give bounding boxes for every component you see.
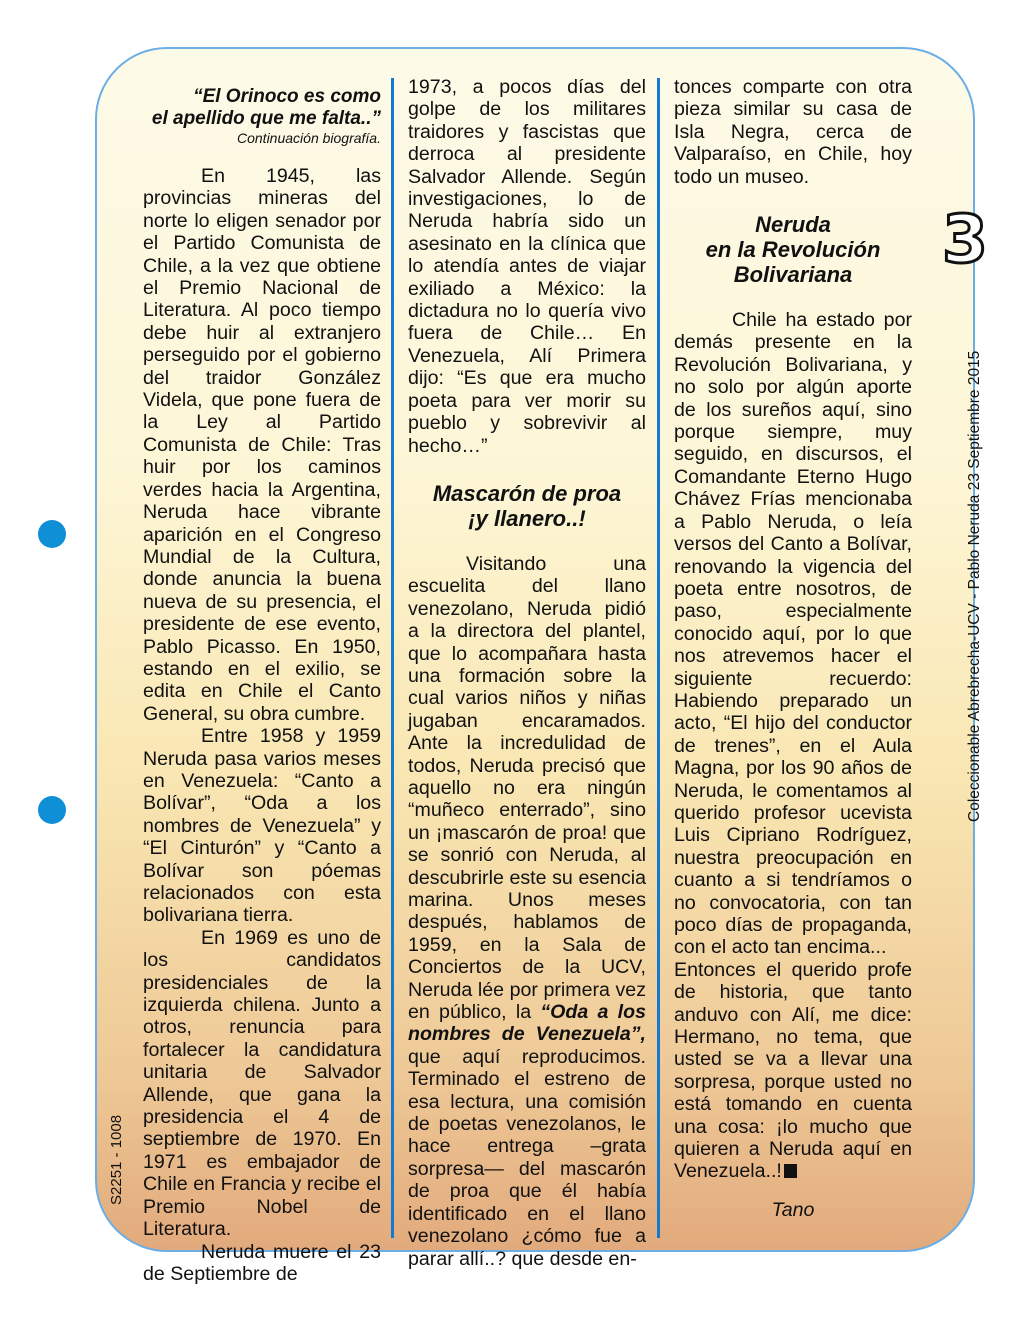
paragraph-text: Entonces el querido profe de historia, q… [674, 959, 912, 1183]
author-signature: Tano [674, 1199, 912, 1221]
quote-title-line: “El Orinoco es como [143, 86, 381, 108]
section-title-revolucion: Neruda en la Revolución Bolivariana [674, 212, 912, 287]
column-divider [391, 78, 394, 1238]
paragraph: Chile ha estado por demás presente en la… [674, 309, 912, 959]
binder-hole-icon [38, 520, 66, 548]
paragraph: En 1945, las provincias mineras del nort… [143, 165, 381, 725]
paragraph: tonces comparte con otra pieza similar s… [674, 76, 912, 188]
section-title-line: Neruda [674, 212, 912, 237]
page-number: 3 [942, 207, 988, 273]
paragraph-text: Visitando una escuelita del llano venezo… [408, 553, 646, 1023]
paragraph: Entonces el querido profe de historia, q… [674, 959, 912, 1183]
section-title-line: Mascarón de proa [408, 481, 646, 506]
paragraph: Visitando una escuelita del llano venezo… [408, 553, 646, 1270]
paragraph: Neruda muere el 23 de Septiembre de [143, 1241, 381, 1286]
article-quote-title: “El Orinoco es como el apellido que me f… [143, 86, 381, 130]
section-title-line: Bolivariana [674, 262, 912, 287]
paragraph: En 1969 es uno de los candidatos preside… [143, 927, 381, 1241]
section-title-line: ¡y llanero..! [408, 506, 646, 531]
paragraph: Entre 1958 y 1959 Neruda pasa varios mes… [143, 725, 381, 927]
column-divider [657, 78, 660, 1238]
column-2: 1973, a pocos días del golpe de los mili… [408, 76, 646, 1270]
quote-title-line: el apellido que me falta..” [143, 108, 381, 130]
page-code: S2251 - 1008 [108, 1115, 125, 1205]
column-3: tonces comparte con otra pieza similar s… [674, 76, 912, 1221]
paragraph: 1973, a pocos días del golpe de los mili… [408, 76, 646, 457]
column-1: “El Orinoco es como el apellido que me f… [143, 86, 381, 1285]
section-title-mascaron: Mascarón de proa ¡y llanero..! [408, 481, 646, 531]
article-subtitle: Continuación biografía. [143, 130, 381, 147]
binder-hole-icon [38, 796, 66, 824]
side-caption: Coleccionable Abrebrecha-UCV - Pablo Ner… [966, 351, 984, 822]
end-square-icon [784, 1164, 797, 1178]
paragraph-text: que aquí reproducimos. Terminado el estr… [408, 1046, 646, 1270]
section-title-line: en la Revolución [674, 237, 912, 262]
